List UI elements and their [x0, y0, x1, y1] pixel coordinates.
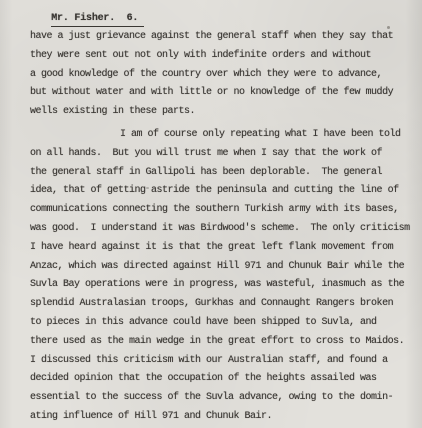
text-line: there used as the main wedge in the grea…	[30, 333, 410, 352]
text-line: to pieces in this advance could have bee…	[30, 314, 410, 333]
text-line: Suvla Bay operations were in progress, w…	[30, 276, 410, 295]
text-line: a good knowledge of the country over whi…	[30, 66, 410, 85]
text-line: on all hands. But you will trust me when…	[30, 145, 410, 164]
text-line: have a just grievance against the genera…	[30, 28, 410, 47]
text-line: splendid Australasian troops, Gurkhas an…	[30, 295, 410, 314]
text-line: the general staff in Gallipoli has been …	[30, 164, 410, 183]
text-line: decided opinion that the occupation of t…	[30, 370, 410, 389]
text-line: ating influence of Hill 971 and Chunuk B…	[30, 408, 410, 427]
paragraph-2: I am of course only repeating what I hav…	[30, 126, 410, 427]
text-line: I am of course only repeating what I hav…	[30, 126, 410, 145]
text-line: idea, that of getting astride the penins…	[30, 182, 410, 201]
text-line: wells existing in these parts.	[30, 103, 410, 122]
text-line: I have heard against it is that the grea…	[30, 239, 410, 258]
text-line: communications connecting the southern T…	[30, 201, 410, 220]
text-line: essential to the success of the Suvla ad…	[30, 389, 410, 408]
paper-speck	[300, 56, 302, 58]
paper-speck	[146, 187, 149, 189]
text-line: was good. I understand it was Birdwood's…	[30, 220, 410, 239]
text-line: but without water and with little or no …	[30, 84, 410, 103]
text-line: I discussed this criticism with our Aust…	[30, 352, 410, 371]
text-line: Anzac, which was directed against Hill 9…	[30, 258, 410, 277]
paper-speck	[387, 26, 390, 29]
document-body: have a just grievance against the genera…	[30, 28, 410, 427]
page-header-text: Mr. Fisher. 6.	[51, 13, 144, 27]
document-page: Mr. Fisher. 6. have a just grievance aga…	[0, 0, 422, 428]
paragraph-1: have a just grievance against the genera…	[30, 28, 410, 122]
text-line: they were sent out not only with indefin…	[30, 47, 410, 66]
